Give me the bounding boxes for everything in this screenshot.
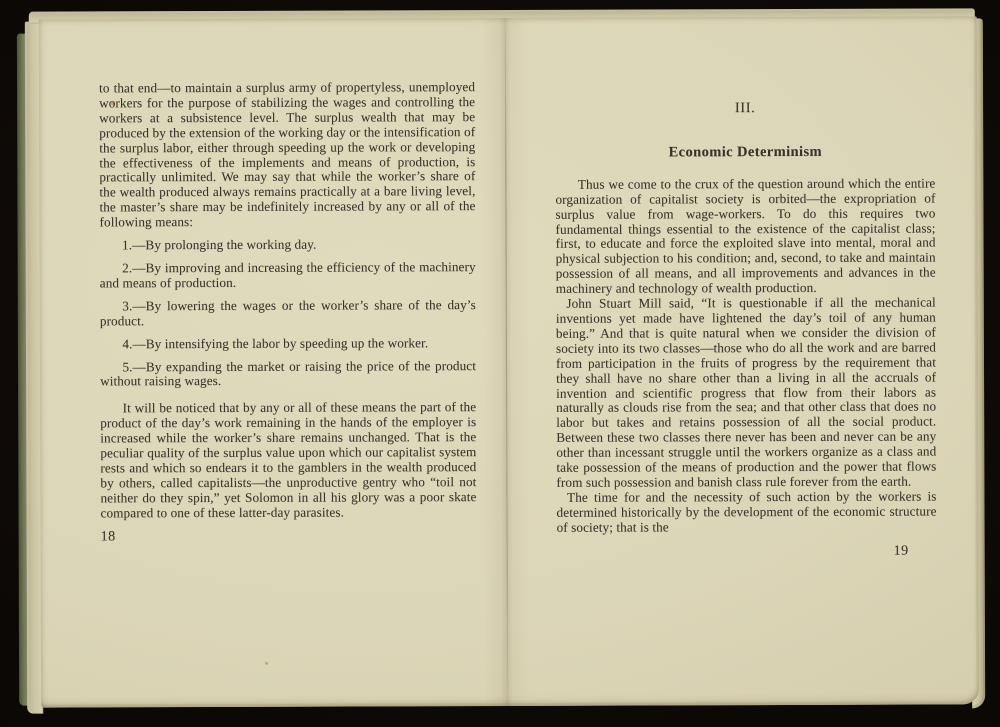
foxing-spot [265,662,268,665]
photo-background: to that end—to maintain a surplus army o… [0,0,1000,727]
book: to that end—to maintain a surplus army o… [17,6,985,717]
numbered-list-item: 5.—By expanding the market or raising th… [100,359,476,390]
page-right: III. Economic Determinism Thus we come t… [555,100,937,560]
numbered-list-item: 3.—By lowering the wages or the worker’s… [100,298,476,329]
chapter-number: III. [555,100,935,116]
body-paragraph: It will be noticed that by any or all of… [100,400,476,521]
body-paragraph: The time for and the necessity of such a… [556,489,936,535]
body-paragraph: to that end—to maintain a surplus army o… [99,80,476,230]
chapter-title: Economic Determinism [555,144,935,160]
page-number-right: 19 [557,544,937,560]
body-paragraph: Thus we come to the crux of the question… [555,176,935,297]
numbered-list-item: 1.—By prolonging the working day. [100,237,476,253]
numbered-list-item: 2.—By improving and increasing the effic… [100,260,476,291]
page-number-left: 18 [101,529,477,545]
body-paragraph: John Stuart Mill said, “It is questionab… [556,296,937,491]
page-left: to that end—to maintain a surplus army o… [99,80,477,545]
numbered-list-item: 4.—By intensifying the labor by speeding… [100,336,476,352]
